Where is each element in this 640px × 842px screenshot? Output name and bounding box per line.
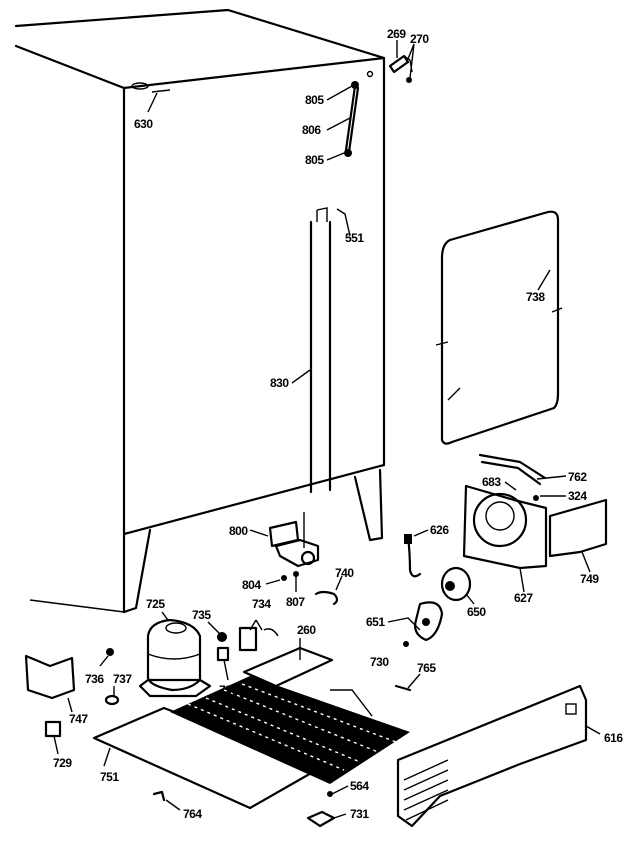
callout-730: 730 <box>370 656 389 668</box>
cover-plate-749 <box>550 500 606 572</box>
callout-747: 747 <box>69 713 88 725</box>
callout-729: 729 <box>53 757 72 769</box>
clamp-731 <box>308 812 334 826</box>
callout-737: 737 <box>113 673 132 685</box>
fan-motor-650 <box>442 568 474 604</box>
cover-733 <box>218 648 228 660</box>
callout-740: 740 <box>335 567 354 579</box>
bracket-747 <box>26 656 74 698</box>
callout-731: 731 <box>350 808 369 820</box>
callout-738: 738 <box>526 291 545 303</box>
callout-749: 749 <box>580 573 599 585</box>
callout-269: 269 <box>387 28 406 40</box>
callout-564: 564 <box>350 780 369 792</box>
callout-800: 800 <box>229 525 248 537</box>
callout-616: 616 <box>604 732 623 744</box>
callout-630: 630 <box>134 118 153 130</box>
callout-651: 651 <box>366 616 385 628</box>
callout-804: 804 <box>242 579 261 591</box>
callout-650: 650 <box>467 606 486 618</box>
callout-324: 324 <box>568 490 587 502</box>
mullion-channel-830 <box>292 208 350 492</box>
bumper-737 <box>106 696 118 704</box>
clamp-765 <box>396 686 410 690</box>
gasket-738 <box>436 212 562 444</box>
callout-551: 551 <box>345 232 364 244</box>
relay-734 <box>240 628 256 650</box>
callout-806: 806 <box>302 124 321 136</box>
callout-736: 736 <box>85 673 104 685</box>
callout-765: 765 <box>417 662 436 674</box>
callout-733: 733 <box>219 684 238 696</box>
cabinet <box>16 10 384 612</box>
rear-cover-616 <box>398 686 600 826</box>
callout-805-lower: 805 <box>305 154 324 166</box>
callout-270: 270 <box>410 33 429 45</box>
callout-807: 807 <box>286 596 305 608</box>
callout-734: 734 <box>252 598 271 610</box>
water-tube-806 <box>327 81 359 160</box>
callout-830: 830 <box>270 377 289 389</box>
grommet-735 <box>217 632 227 642</box>
callout-627: 627 <box>514 592 533 604</box>
callout-626: 626 <box>430 524 449 536</box>
callout-764: 764 <box>183 808 202 820</box>
callout-751: 751 <box>100 771 119 783</box>
clip-764 <box>154 792 164 800</box>
compressor-725 <box>140 612 210 696</box>
fan-blade-651 <box>388 602 442 647</box>
water-valve-800 <box>250 512 342 604</box>
callout-683: 683 <box>482 476 501 488</box>
grommet-736 <box>106 648 114 656</box>
callout-805-upper: 805 <box>305 94 324 106</box>
hinge-269 <box>390 40 414 83</box>
capacitor-729 <box>46 722 60 736</box>
callout-762: 762 <box>568 471 587 483</box>
callout-260: 260 <box>297 624 316 636</box>
callout-735: 735 <box>192 609 211 621</box>
callout-725: 725 <box>146 598 165 610</box>
